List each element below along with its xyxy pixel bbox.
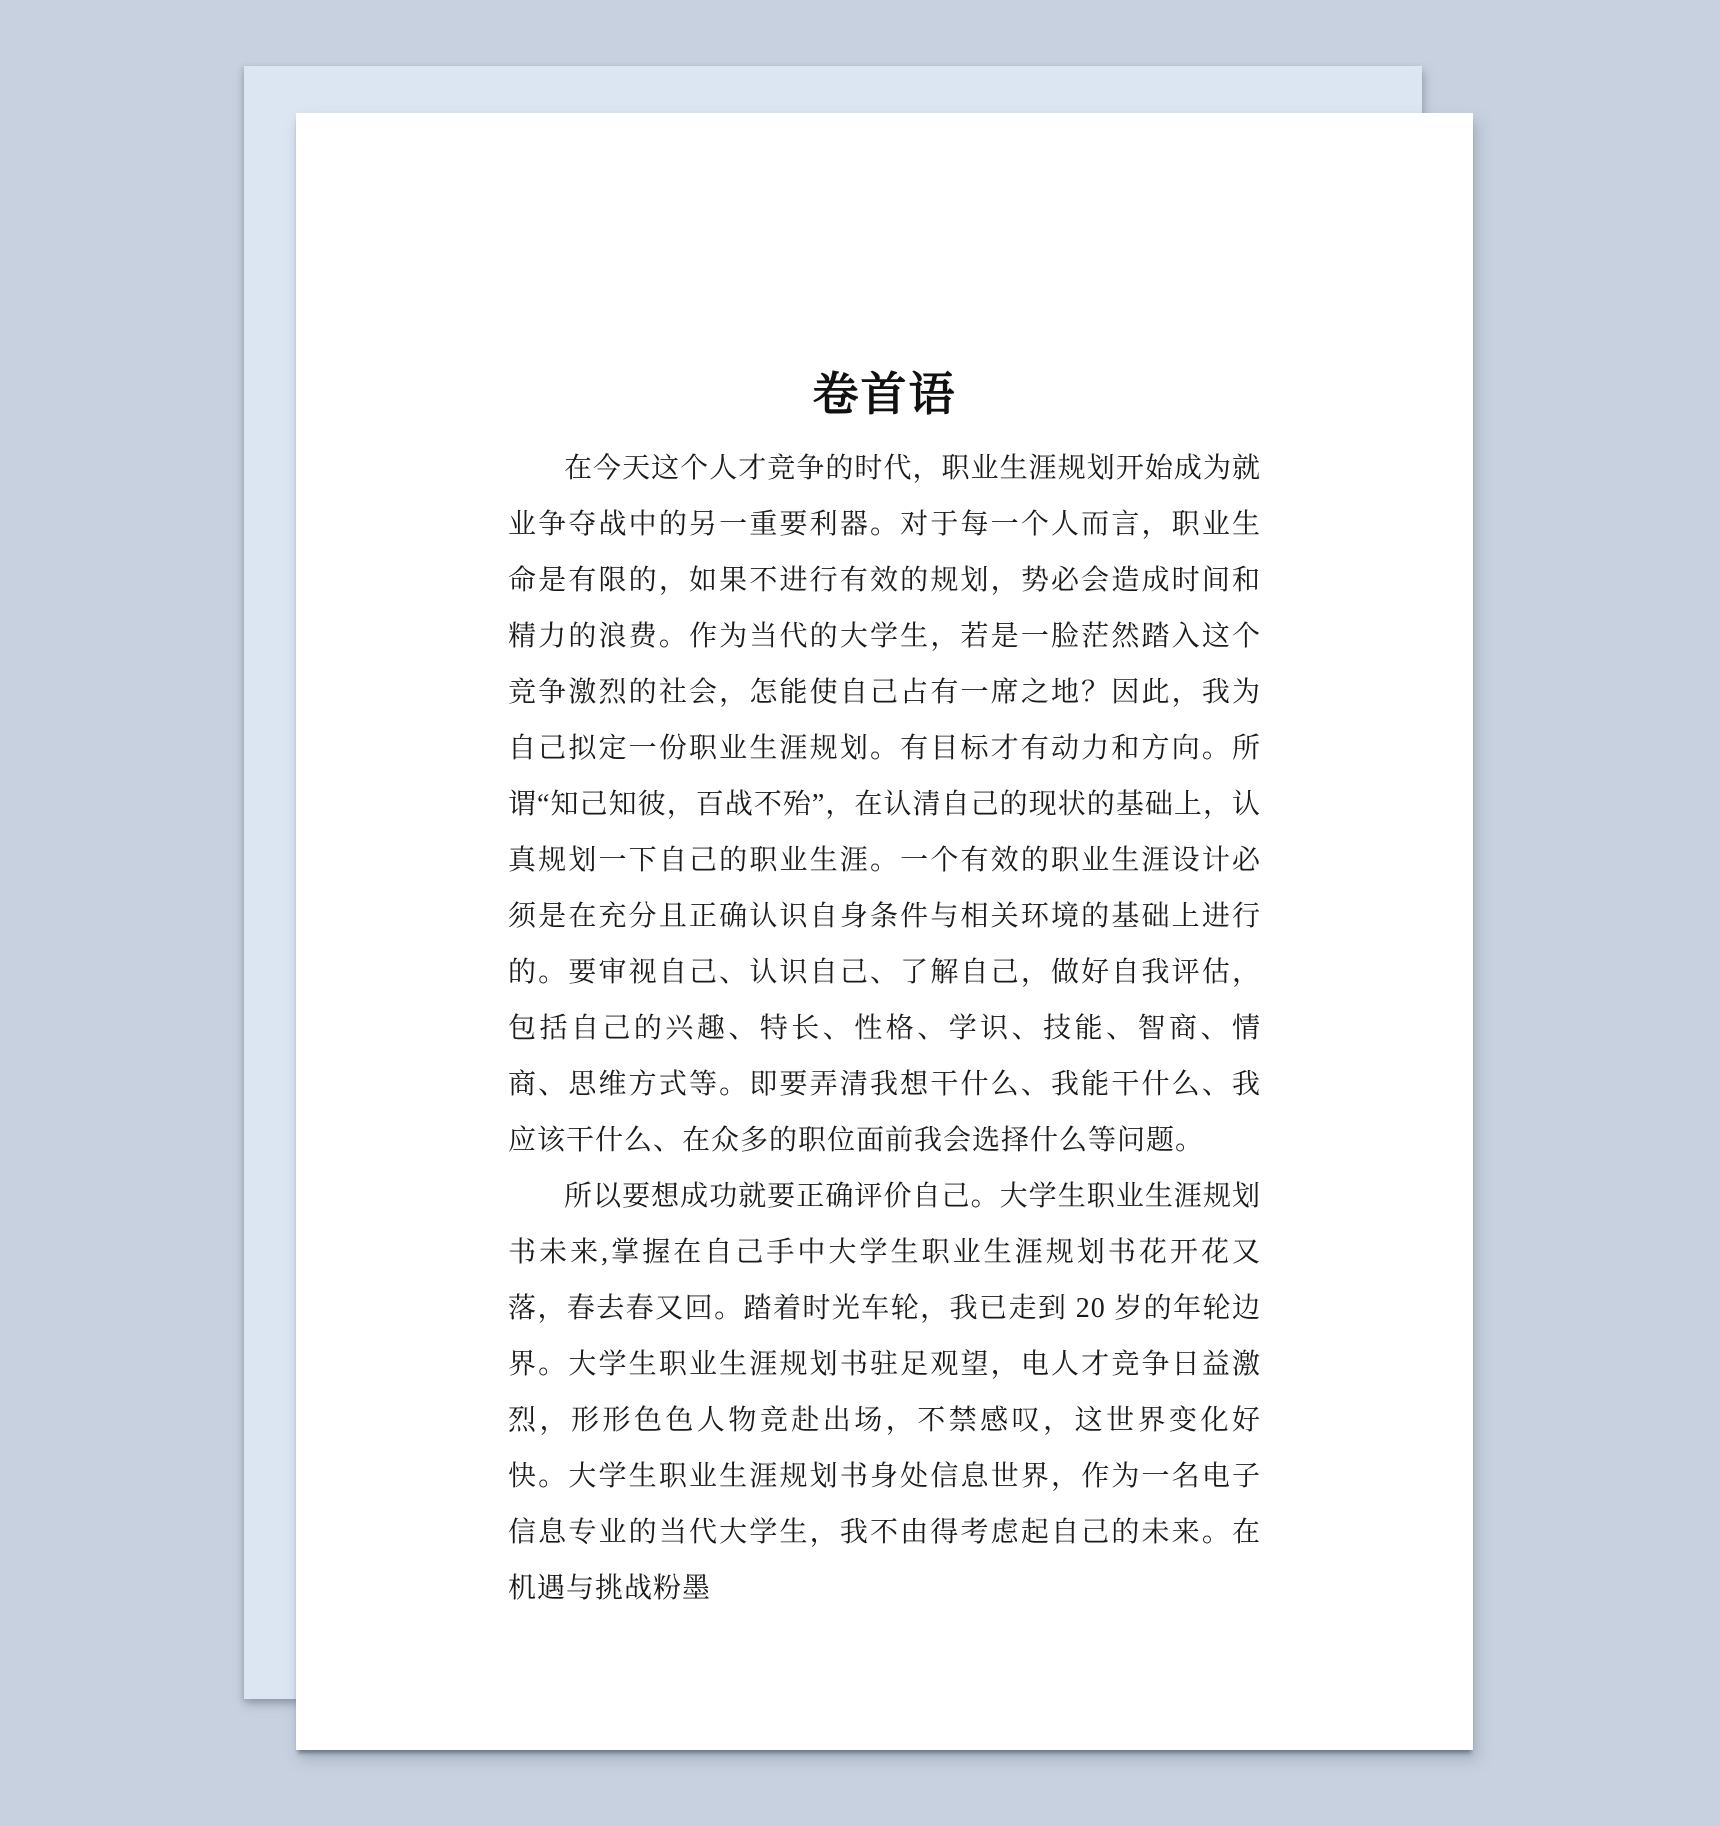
paragraph-2: 所以要想成功就要正确评价自己。大学生职业生涯规划书未来,掌握在自己手中大学生职业… xyxy=(508,1169,1261,1617)
document-canvas: 卷首语 在今天这个人才竞争的时代，职业生涯规划开始成为就业争夺战中的另一重要利器… xyxy=(0,0,1720,1826)
document-title: 卷首语 xyxy=(508,365,1261,425)
document-page: 卷首语 在今天这个人才竞争的时代，职业生涯规划开始成为就业争夺战中的另一重要利器… xyxy=(296,113,1473,1750)
paragraph-1: 在今天这个人才竞争的时代，职业生涯规划开始成为就业争夺战中的另一重要利器。对于每… xyxy=(508,441,1261,1169)
document-title-text: 卷首语 xyxy=(813,369,957,420)
page-content: 卷首语 在今天这个人才竞争的时代，职业生涯规划开始成为就业争夺战中的另一重要利器… xyxy=(508,113,1261,1617)
